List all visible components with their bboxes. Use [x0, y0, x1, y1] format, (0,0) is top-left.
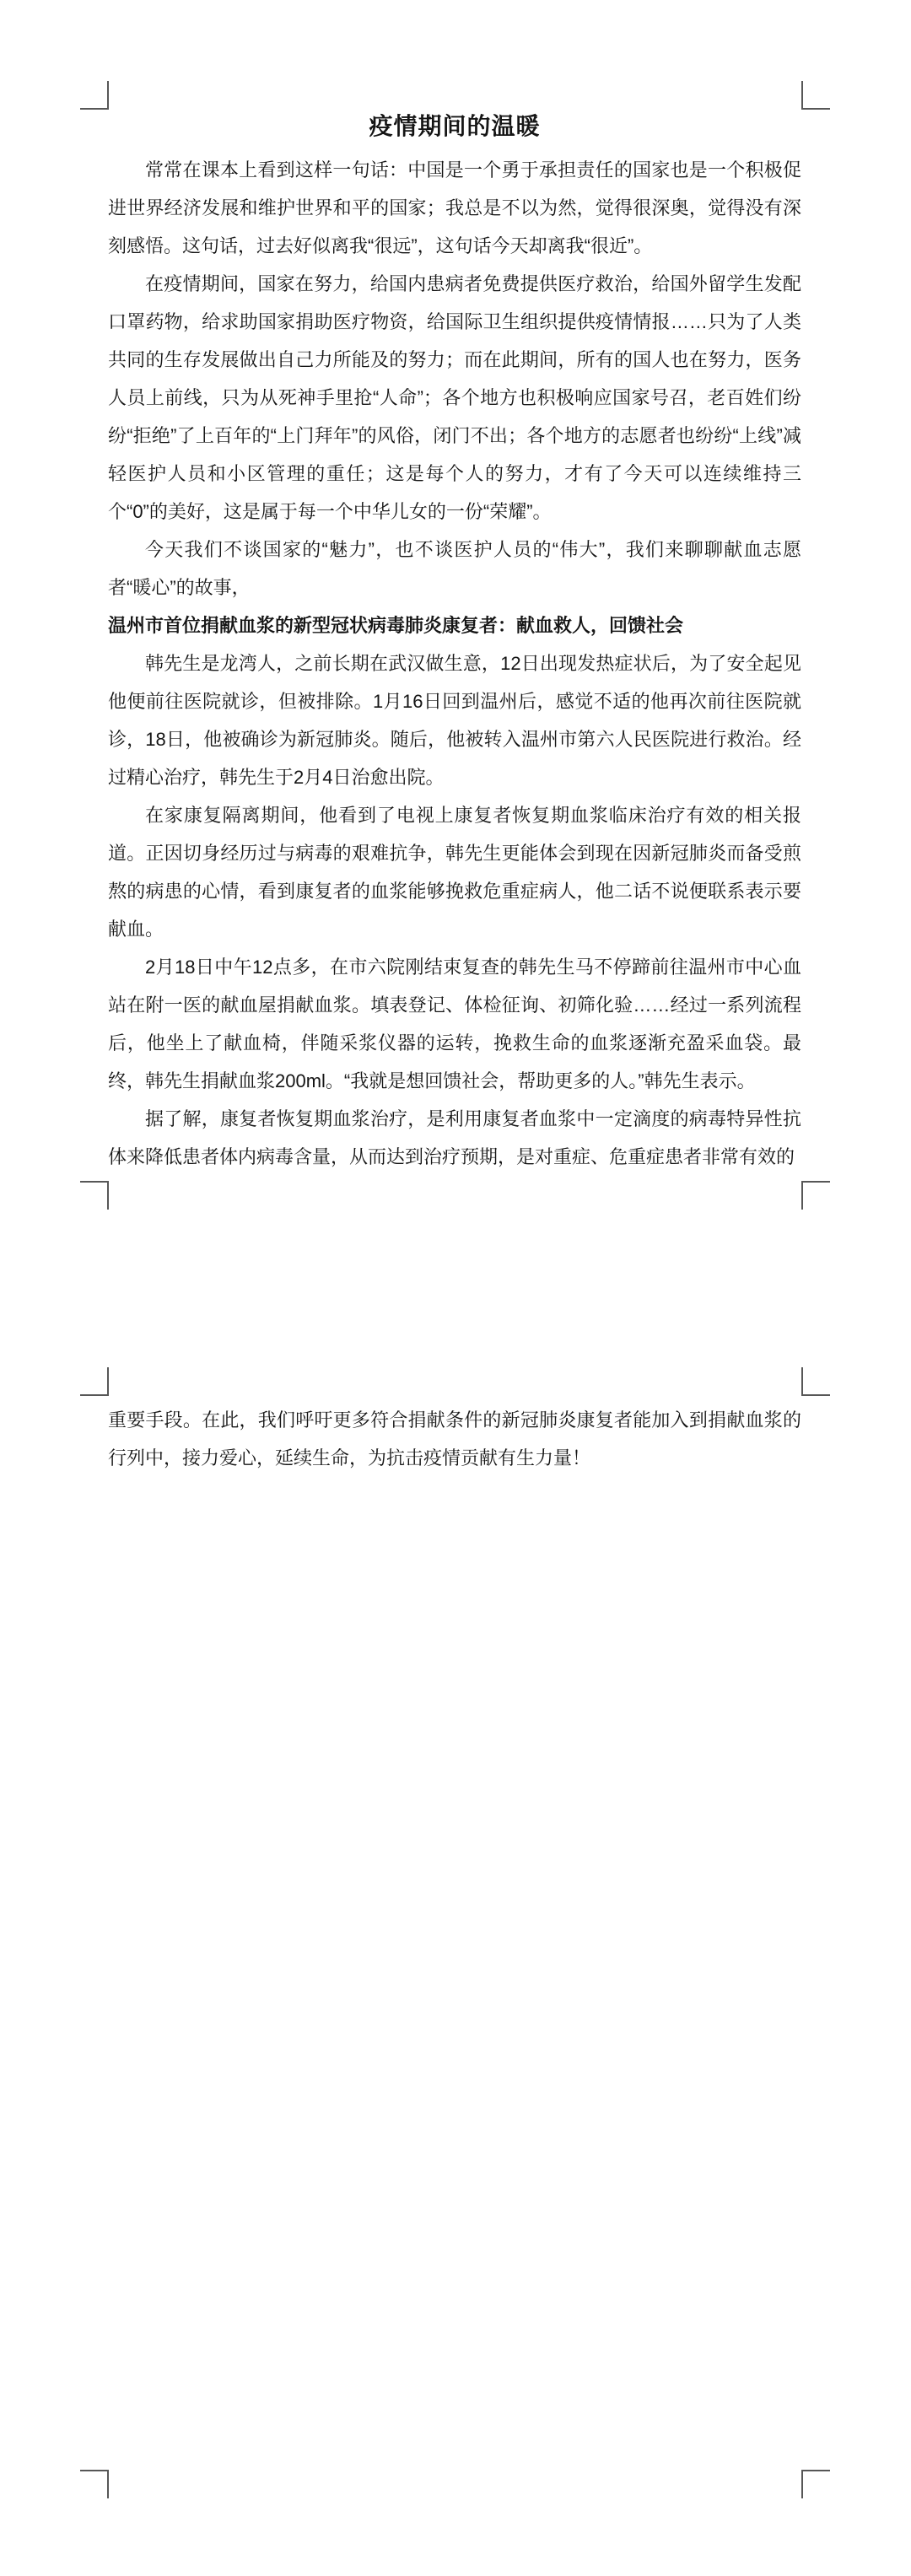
paragraph: 在疫情期间，国家在努力，给国内患病者免费提供医疗救治，给国外留学生发配口罩药物，… — [108, 265, 801, 531]
page-1-content: 疫情期间的温暖 常常在课本上看到这样一句话：中国是一个勇于承担责任的国家也是一个… — [108, 110, 801, 1176]
crop-mark-icon — [80, 2470, 109, 2498]
crop-mark-icon — [80, 1181, 109, 1210]
crop-mark-icon — [80, 81, 109, 110]
paragraph: 常常在课本上看到这样一句话：中国是一个勇于承担责任的国家也是一个积极促进世界经济… — [108, 151, 801, 265]
paragraph: 据了解，康复者恢复期血浆治疗，是利用康复者血浆中一定滴度的病毒特异性抗体来降低患… — [108, 1100, 801, 1176]
crop-mark-icon — [801, 81, 830, 110]
crop-mark-icon — [801, 2470, 830, 2498]
paragraph: 韩先生是龙湾人，之前长期在武汉做生意，12日出现发热症状后，为了安全起见他便前往… — [108, 644, 801, 796]
page-2-content: 重要手段。在此，我们呼吁更多符合捐献条件的新冠肺炎康复者能加入到捐献血浆的行列中… — [108, 1401, 801, 1477]
section-heading: 温州市首位捐献血浆的新型冠状病毒肺炎康复者：献血救人，回馈社会 — [108, 606, 801, 644]
paragraph: 今天我们不谈国家的“魅力”，也不谈医护人员的“伟大”，我们来聊聊献血志愿者“暖心… — [108, 531, 801, 606]
paragraph: 2月18日中午12点多，在市六院刚结束复查的韩先生马不停蹄前往温州市中心血站在附… — [108, 948, 801, 1100]
crop-mark-icon — [80, 1367, 109, 1396]
paragraph: 在家康复隔离期间，他看到了电视上康复者恢复期血浆临床治疗有效的相关报道。正因切身… — [108, 796, 801, 948]
crop-mark-icon — [801, 1367, 830, 1396]
paragraph: 重要手段。在此，我们呼吁更多符合捐献条件的新冠肺炎康复者能加入到捐献血浆的行列中… — [108, 1401, 801, 1477]
document-title: 疫情期间的温暖 — [108, 110, 801, 143]
crop-mark-icon — [801, 1181, 830, 1210]
document-canvas: { "document": { "title": "疫情期间的温暖", "col… — [0, 0, 911, 2576]
